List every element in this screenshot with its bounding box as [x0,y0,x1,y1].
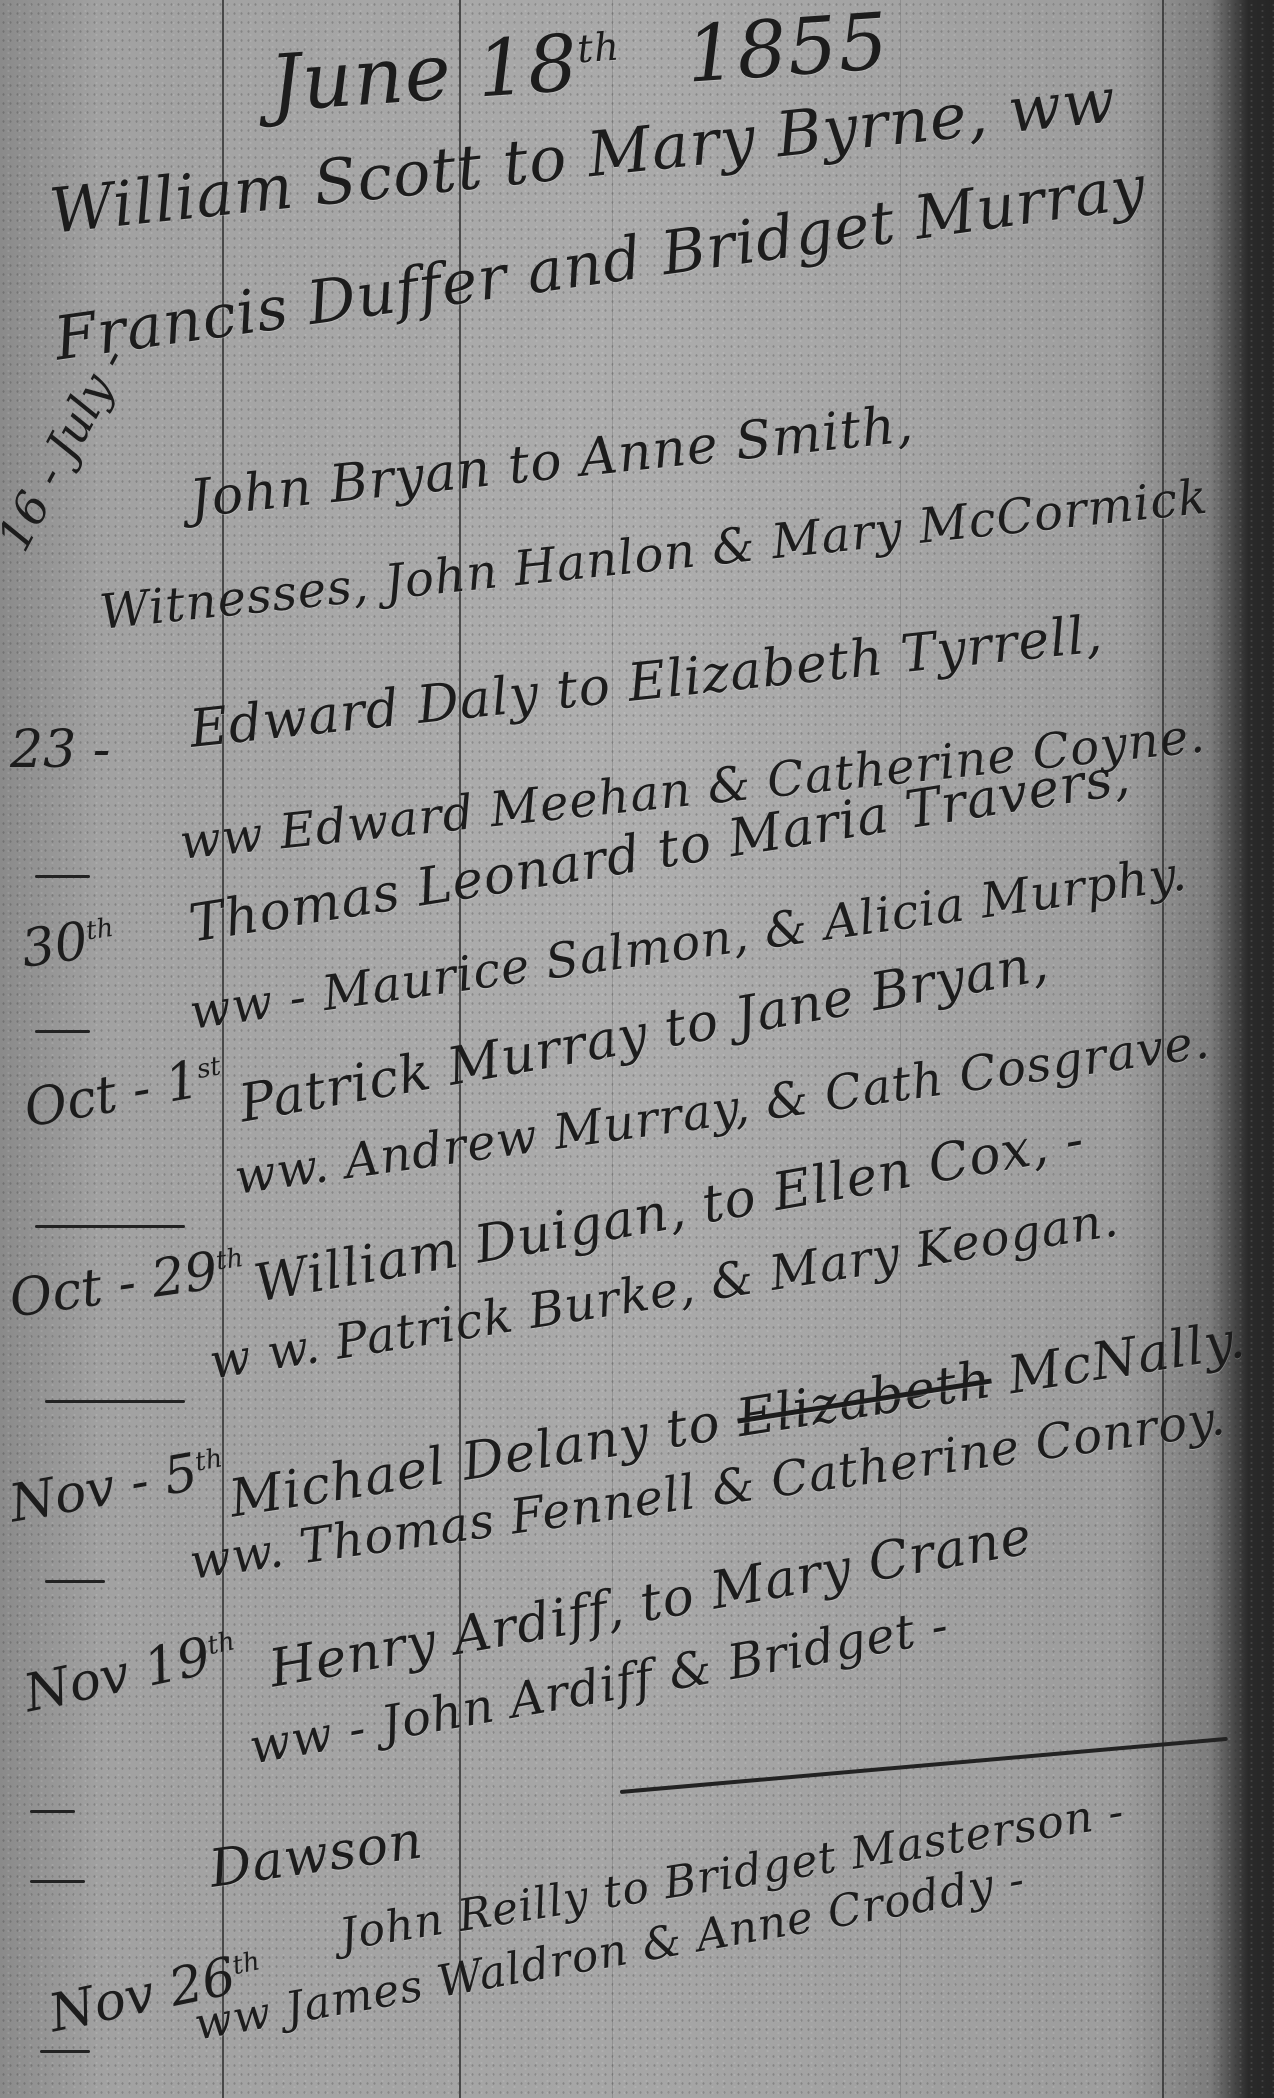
entry-5-date: Oct - 1st [20,1046,228,1140]
dash-mark [40,2050,90,2053]
faint-ruling [900,0,901,2098]
dash-mark [45,1580,105,1583]
dash-mark [30,1880,85,1883]
entry-4-date: 30th [18,907,119,979]
closing-flourish-line [620,1737,1228,1794]
heading-year: 1855 [683,0,891,101]
dash-mark [30,1810,75,1813]
entry-8-date: Nov 19th [19,1621,243,1725]
entry-7-date: Nov - 5th [5,1438,229,1535]
entry-8-witness-surname: Dawson [206,1810,427,1899]
register-page: June 18th 1855 William Scott to Mary Byr… [0,0,1274,2098]
heading-date: June 18 [267,19,581,130]
heading-date-suffix: th [576,25,622,73]
dash-mark [45,1400,185,1403]
dash-mark [35,1225,185,1228]
dash-mark [35,875,90,878]
dash-mark [35,1030,90,1033]
entry-6-date: Oct - 29th [6,1237,249,1329]
entry-3-date: 23 - [10,720,110,780]
